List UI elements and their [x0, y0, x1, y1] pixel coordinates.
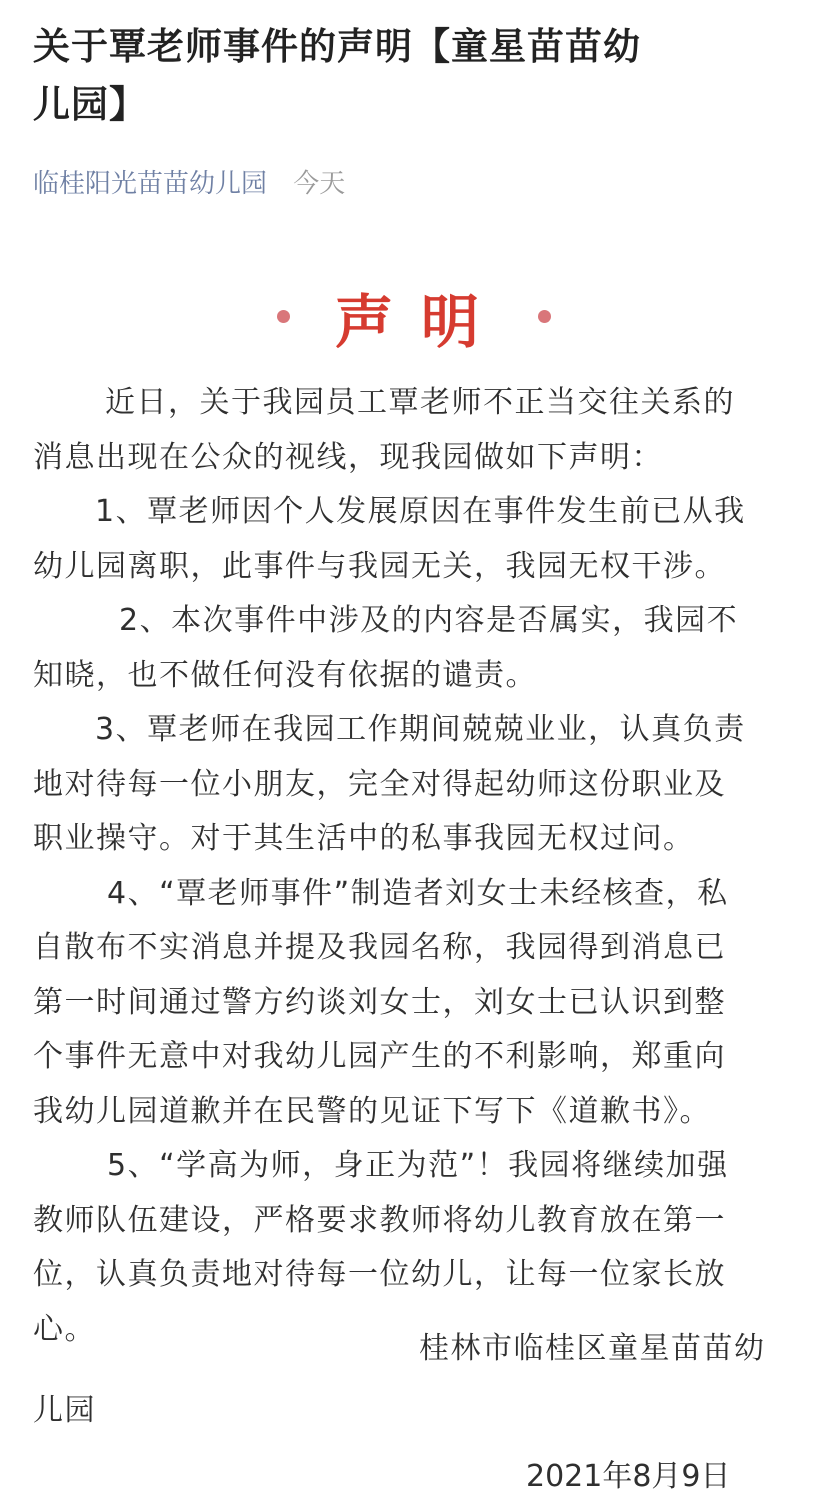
article-title-line-1: 关于覃老师事件的声明【童星苗苗幼 [33, 18, 803, 76]
paragraph-line: 消息出现在公众的视线，现我园做如下声明： [33, 431, 803, 486]
account-name-link[interactable]: 临桂阳光苗苗幼儿园 [33, 169, 267, 199]
paragraph-line: 地对待每一位小朋友，完全对得起幼师这份职业及 [33, 758, 803, 813]
statement-heading: 声明 [0, 282, 828, 362]
paragraph-line: 5、“学高为师，身正为范”！我园将继续加强 [33, 1139, 803, 1194]
paragraph-point-1: 1、覃老师因个人发展原因在事件发生前已从我 幼儿园离职，此事件与我园无关，我园无… [33, 485, 803, 594]
paragraph-line: 2、本次事件中涉及的内容是否属实，我园不 [33, 594, 803, 649]
paragraph-point-4: 4、“覃老师事件”制造者刘女士未经核查，私 自散布不实消息并提及我园名称，我园得… [33, 867, 803, 1140]
paragraph-line: 职业操守。对于其生活中的私事我园无权过问。 [33, 812, 803, 867]
signature-organization-line-1: 桂林市临桂区童星苗苗幼 [419, 1322, 766, 1376]
paragraph-line: 第一时间通过警方约谈刘女士，刘女士已认识到整 [33, 976, 803, 1031]
decorative-dot-right-icon [538, 310, 551, 323]
decorative-dot-left-icon [277, 310, 290, 323]
statement-body: 近日，关于我园员工覃老师不正当交往关系的 消息出现在公众的视线，现我园做如下声明… [33, 376, 803, 1357]
signature-organization-line-2: 儿园 [33, 1384, 96, 1438]
paragraph-line: 自散布不实消息并提及我园名称，我园得到消息已 [33, 921, 803, 976]
paragraph-line: 教师队伍建设，严格要求教师将幼儿教育放在第一 [33, 1194, 803, 1249]
paragraph-line: 个事件无意中对我幼儿园产生的不利影响，郑重向 [33, 1030, 803, 1085]
signature-date: 2021年8月9日 [526, 1450, 731, 1496]
paragraph-intro: 近日，关于我园员工覃老师不正当交往关系的 消息出现在公众的视线，现我园做如下声明… [33, 376, 803, 485]
paragraph-line: 幼儿园离职，此事件与我园无关，我园无权干涉。 [33, 540, 803, 595]
article-title-line-2: 儿园】 [33, 76, 803, 134]
paragraph-line: 近日，关于我园员工覃老师不正当交往关系的 [33, 376, 803, 431]
paragraph-line: 4、“覃老师事件”制造者刘女士未经核查，私 [33, 867, 803, 922]
paragraph-line: 知晓，也不做任何没有依据的谴责。 [33, 649, 803, 704]
article-title: 关于覃老师事件的声明【童星苗苗幼 儿园】 [33, 18, 803, 134]
paragraph-point-3: 3、覃老师在我园工作期间兢兢业业，认真负责 地对待每一位小朋友，完全对得起幼师这… [33, 703, 803, 867]
paragraph-line: 3、覃老师在我园工作期间兢兢业业，认真负责 [33, 703, 803, 758]
publish-time: 今天 [293, 169, 345, 199]
paragraph-point-2: 2、本次事件中涉及的内容是否属实，我园不 知晓，也不做任何没有依据的谴责。 [33, 594, 803, 703]
paragraph-line: 我幼儿园道歉并在民警的见证下写下《道歉书》。 [33, 1085, 803, 1140]
paragraph-line: 1、覃老师因个人发展原因在事件发生前已从我 [33, 485, 803, 540]
statement-heading-text: 声明 [335, 282, 507, 362]
paragraph-line: 位，认真负责地对待每一位幼儿，让每一位家长放 [33, 1248, 803, 1303]
article-meta: 临桂阳光苗苗幼儿园 今天 [33, 166, 345, 202]
